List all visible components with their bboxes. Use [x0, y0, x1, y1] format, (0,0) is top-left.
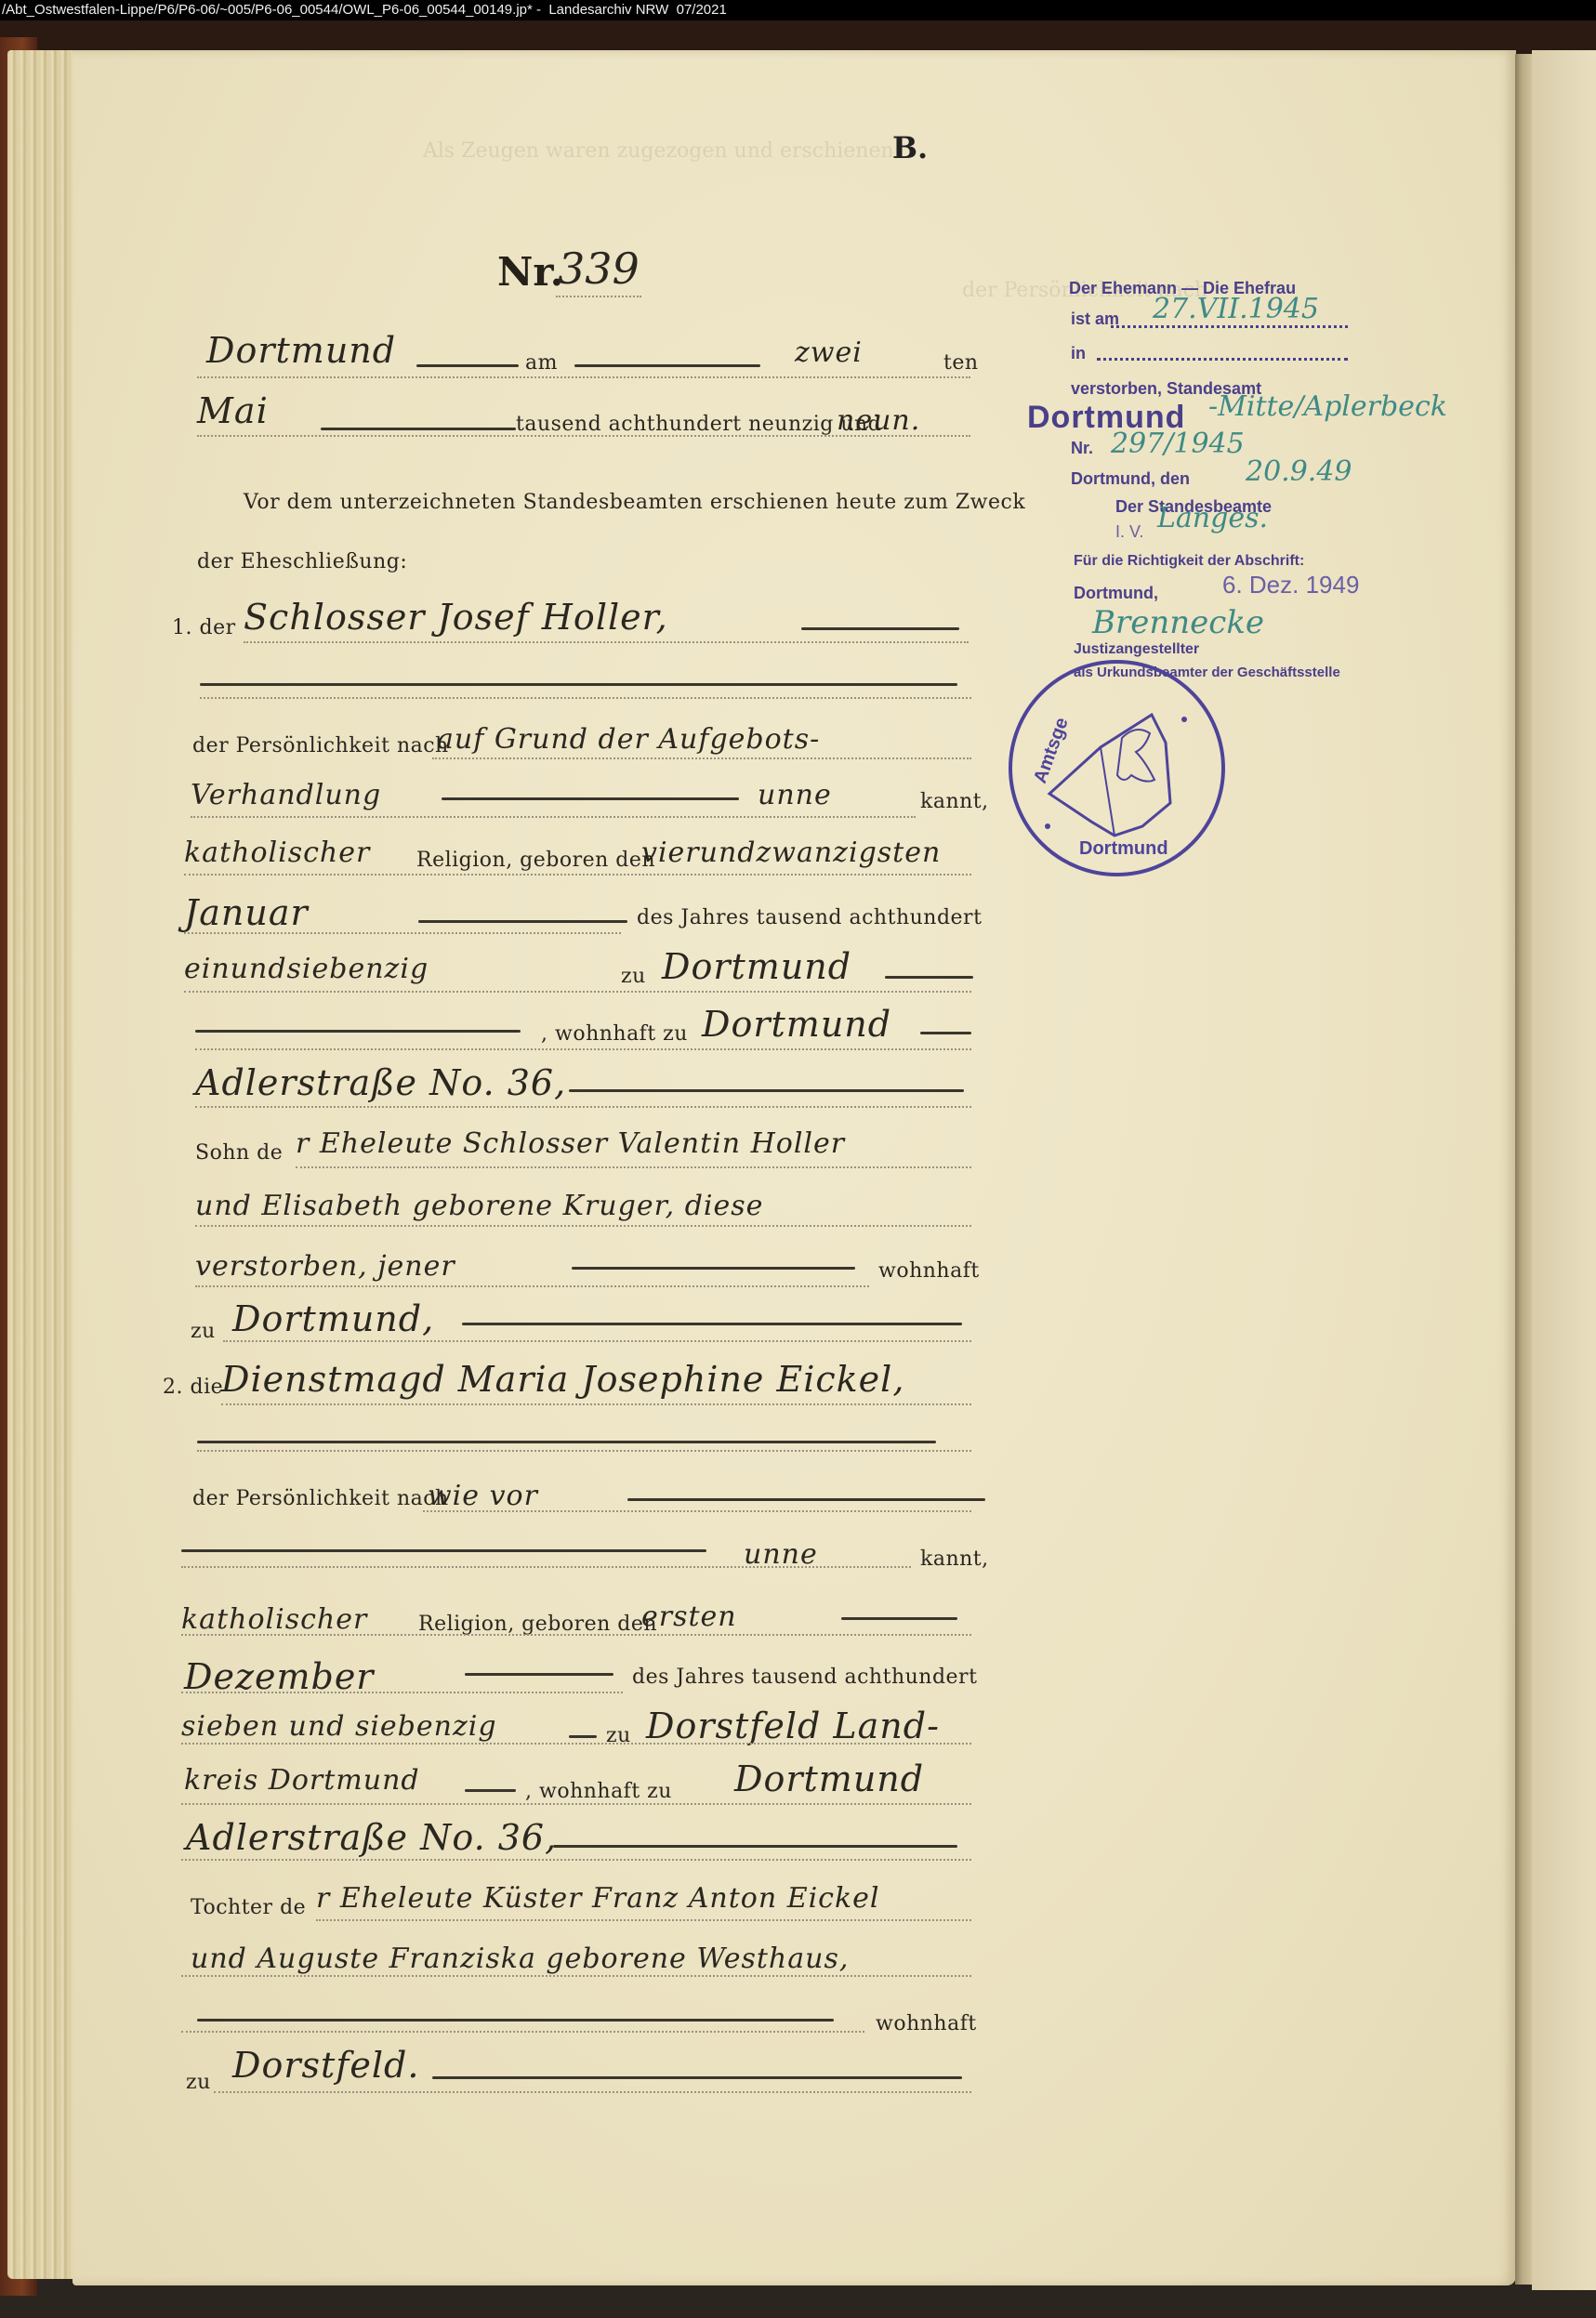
bride-birth-day: ersten [641, 1600, 737, 1633]
record-number-label: Nr. [497, 249, 563, 295]
copy-date-stamp: 6. Dez. 1949 [1222, 571, 1359, 599]
fill-stroke [920, 1032, 971, 1034]
fill-stroke [442, 797, 739, 800]
coat-of-arms-eagle-icon: Amtsge Dortmund [1012, 664, 1221, 873]
groom-birth-year: einundsiebenzig [184, 953, 429, 985]
fill-stroke [321, 428, 516, 430]
groom-parents-2: und Elisabeth geborene Kruger, diese [195, 1190, 763, 1222]
stamp-clerk-label: Justizangestellter [1074, 641, 1199, 658]
fill-stroke [200, 683, 957, 686]
viewer-title-bar: /Abt_Ostwestfalen-Lippe/P6/P6-06/~005/P6… [0, 0, 1596, 20]
dotted-line [184, 874, 971, 876]
page-stack-edge [7, 50, 74, 2279]
groom-son-label: Sohn de [195, 1141, 283, 1165]
stamp-line [1111, 325, 1348, 328]
dotted-line [184, 991, 971, 993]
signature-clerk: Brennecke [1092, 604, 1264, 641]
fill-stroke [197, 2019, 834, 2022]
stamp-copy-label: Für die Richtigkeit der Abschrift: [1074, 553, 1304, 570]
dotted-line [181, 1743, 971, 1745]
dotted-line [223, 1340, 971, 1342]
bride-prefix: 2. die [163, 1376, 223, 1399]
bride-address: Adlerstraße No. 36, [186, 1817, 557, 1858]
fill-stroke [841, 1617, 957, 1620]
dotted-line [181, 1634, 971, 1636]
stamp-dortmund-label: Dortmund, [1074, 584, 1158, 603]
bride-daughter-label: Tochter de [191, 1896, 306, 1919]
section-label: B. [892, 130, 928, 165]
groom-religion-handwritten: katholischer [184, 836, 370, 869]
groom-parents-1: r Eheleute Schlosser Valentin Holler [296, 1127, 845, 1160]
dotted-line [197, 1450, 971, 1452]
groom-residence-label: , wohnhaft zu [541, 1022, 688, 1046]
fill-stroke [465, 1789, 516, 1792]
dotted-line [195, 1106, 971, 1108]
groom-parents-3: verstorben, jener [195, 1250, 455, 1283]
fill-stroke [416, 364, 519, 367]
stamp-in-label: in [1071, 344, 1086, 363]
groom-birth-month: Januar [184, 892, 309, 933]
dotted-line [197, 376, 970, 378]
year-handwritten: neun. [837, 404, 920, 437]
groom-birth-place: Dortmund [662, 946, 851, 987]
stamp-dortmund-den-label: Dortmund, den [1071, 469, 1190, 489]
bride-religion-label: Religion, geboren den [418, 1613, 657, 1636]
groom-identity-label: der Persönlichkeit nach [192, 734, 449, 757]
bleed-through-text: Als Zeugen waren zugezogen und erschiene… [423, 139, 894, 163]
bride-zu-label-2: zu [186, 2071, 211, 2094]
place-handwritten: Dortmund [206, 330, 396, 371]
dotted-line [296, 1166, 971, 1168]
bride-identity-label: der Persönlichkeit nach [192, 1487, 449, 1510]
svg-text:Amtsge: Amtsge [1030, 715, 1073, 785]
groom-residence: Dortmund [702, 1004, 891, 1045]
fill-stroke [195, 1030, 521, 1033]
bride-identity-handwritten: wie vor [428, 1480, 538, 1512]
day-handwritten: zwei [795, 336, 863, 369]
dotted-line [556, 296, 641, 297]
groom-address: Adlerstraße No. 36, [195, 1062, 566, 1103]
book-gutter [1515, 54, 1532, 2285]
annotation-date-handwritten: 20.9.49 [1246, 455, 1352, 488]
dotted-line [423, 1510, 971, 1512]
dotted-line [184, 932, 621, 934]
bride-name: Dienstmagd Maria Josephine Eickel, [221, 1359, 904, 1400]
groom-parents-residence: Dortmund, [232, 1298, 434, 1339]
facing-page-edge [1532, 50, 1596, 2290]
fill-stroke [569, 1735, 597, 1738]
groom-identity-handwritten-2: Verhandlung [191, 779, 381, 811]
bride-residence: Dortmund [734, 1758, 924, 1799]
dotted-line [197, 435, 970, 437]
groom-identity-handwritten: auf Grund der Aufgebots- [437, 723, 820, 756]
am-label: am [525, 351, 558, 375]
groom-zu-label-2: zu [191, 1320, 216, 1343]
bride-birth-place-2: kreis Dortmund [184, 1764, 420, 1797]
fill-stroke [553, 1845, 957, 1848]
dotted-line [181, 1859, 971, 1861]
bride-birth-year: sieben und siebenzig [181, 1710, 497, 1743]
dotted-line [432, 757, 971, 759]
death-date-handwritten: 27.VII.1945 [1153, 293, 1319, 325]
death-record-number: 297/1945 [1111, 428, 1245, 460]
dotted-line [181, 2031, 864, 2033]
signature-langes: Langes. [1157, 502, 1268, 534]
dotted-line [200, 697, 971, 699]
stamp-line [1097, 358, 1348, 361]
groom-name: Schlosser Josef Holler, [244, 597, 668, 638]
dotted-line [221, 1403, 971, 1405]
bride-birth-place-1: Dorstfeld Land- [646, 1706, 940, 1746]
dotted-line [214, 2091, 971, 2093]
dotted-line [316, 1919, 971, 1921]
fill-stroke [197, 1441, 936, 1443]
groom-birth-year-label: des Jahres tausend achthundert [637, 906, 982, 929]
bride-religion-handwritten: katholischer [181, 1603, 367, 1636]
dotted-line [181, 1566, 911, 1568]
fill-stroke [572, 1267, 855, 1270]
fill-stroke [465, 1673, 613, 1676]
stamp-nr-label: Nr. [1071, 439, 1093, 458]
fill-stroke [627, 1498, 985, 1501]
fill-stroke [801, 627, 959, 630]
groom-wohnhaft-label: wohnhaft [878, 1259, 980, 1283]
fill-stroke [574, 364, 760, 367]
bride-residence-label: , wohnhaft zu [525, 1780, 672, 1803]
bride-wohnhaft-label: wohnhaft [876, 2012, 977, 2035]
bride-known-label: kannt, [920, 1548, 989, 1571]
bride-parents-residence: Dorstfeld. [232, 2045, 419, 2086]
dotted-line [195, 1048, 971, 1050]
groom-zu-label: zu [621, 965, 646, 988]
dotted-line [181, 1692, 623, 1693]
fill-stroke [885, 976, 973, 979]
dotted-line [195, 1285, 869, 1287]
groom-birth-day: vierundzwanzigsten [641, 836, 941, 869]
stamp-iv-label: I. V. [1115, 522, 1143, 542]
office-handwritten: -Mitte/Aplerbeck [1208, 390, 1447, 423]
month-handwritten: Mai [197, 390, 269, 431]
intro-line-2: der Eheschließung: [197, 550, 407, 573]
dotted-line [195, 1225, 971, 1227]
groom-prefix: 1. der [172, 616, 236, 639]
groom-known-handwritten: unne [758, 779, 832, 811]
fill-stroke [569, 1089, 964, 1092]
groom-religion-label: Religion, geboren den [416, 849, 655, 872]
bride-parents-1: r Eheleute Küster Franz Anton Eickel [316, 1882, 880, 1915]
groom-known-label: kannt, [920, 790, 989, 813]
fill-stroke [418, 920, 627, 923]
record-number-value: 339 [558, 244, 640, 294]
intro-line-1: Vor dem unterzeichneten Standesbeamten e… [244, 491, 1025, 514]
fill-stroke [462, 1323, 962, 1325]
dotted-line [244, 641, 969, 643]
court-seal: Amtsge Dortmund Amtsgericht Dortmund [1009, 660, 1225, 876]
bride-parents-2: und Auguste Franziska geborene Westhaus, [191, 1943, 849, 1975]
bride-birth-year-label: des Jahres tausend achthundert [632, 1666, 977, 1689]
ten-label: ten [943, 351, 979, 375]
dotted-line [181, 1803, 971, 1805]
dotted-line [181, 1975, 971, 1977]
svg-text:Dortmund: Dortmund [1079, 838, 1168, 859]
fill-stroke [181, 1549, 706, 1552]
year-printed-text: tausend achthundert neunzig und [516, 413, 881, 436]
fill-stroke [432, 2076, 962, 2079]
dotted-line [191, 816, 916, 818]
